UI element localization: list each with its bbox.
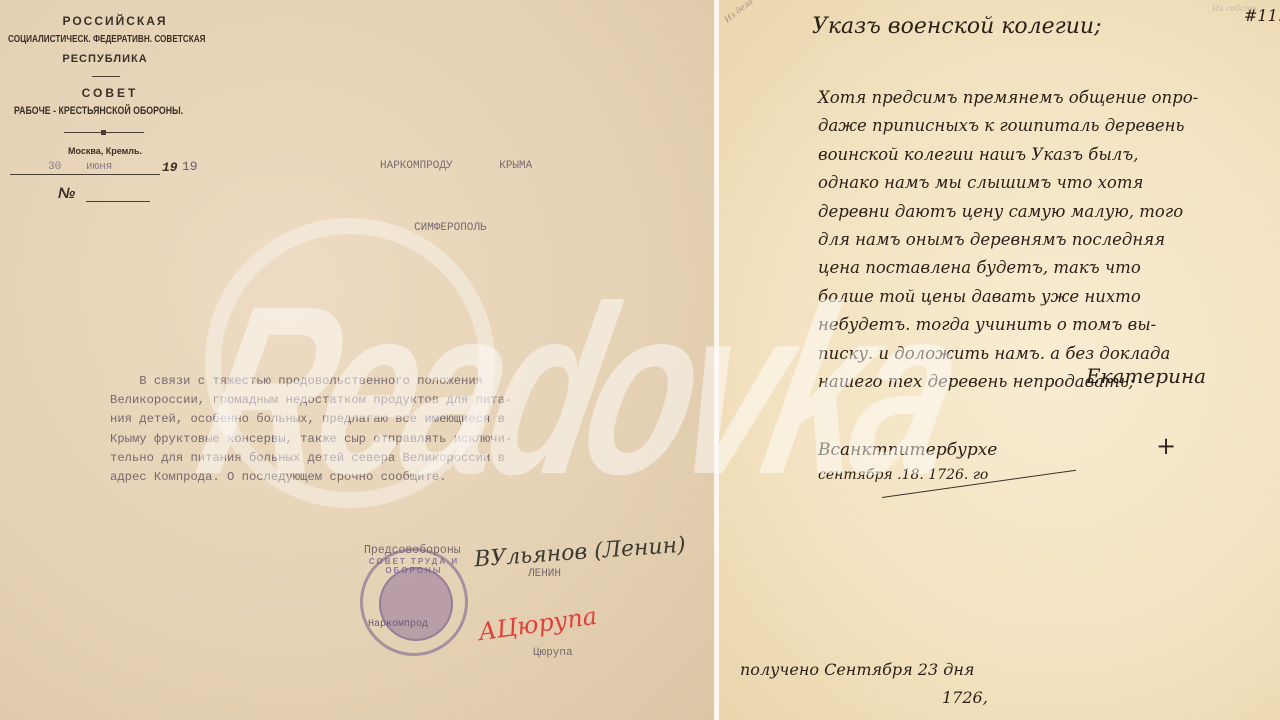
letterhead-line-5: РАБОЧЕ - КРЕСТЬЯНСКОЙ ОБОРОНЫ. xyxy=(14,105,182,117)
letterhead-line-2: СОЦИАЛИСТИЧЕСК. ФЕДЕРАТИВН. СОВЕТСКАЯ xyxy=(8,34,172,45)
letterhead-rule xyxy=(92,76,120,77)
number-underline xyxy=(86,201,150,202)
date-month: июня xyxy=(86,161,112,173)
cross-mark: + xyxy=(1156,432,1176,460)
official-stamp: СОВЕТ ТРУДА И ОБОРОНЫ xyxy=(360,548,468,656)
addressee-city: СИМФЕРОПОЛЬ xyxy=(414,222,487,234)
page-number: #11. xyxy=(1244,6,1280,25)
letterhead-ornament xyxy=(64,132,144,133)
date-day: 30 xyxy=(48,161,61,173)
decree-body: Хотя предсимъ премянемъ общение опро- да… xyxy=(818,84,1268,396)
addressee: НАРКОМПРОДУ КРЫМА xyxy=(380,160,532,172)
letterhead-line-4: СОВЕТ xyxy=(60,86,160,100)
decree-place: Всанктпитербурхе xyxy=(818,440,997,460)
date-underline xyxy=(10,174,160,175)
decree-date: сентября .18. 1726. го xyxy=(818,467,988,483)
signatory-name-tsurupa: Цюрупа xyxy=(533,647,573,659)
letterhead-location: Москва, Кремль. xyxy=(50,146,160,156)
received-note: получено Сентября 23 дня xyxy=(740,660,975,679)
date-year-suffix: 19 xyxy=(182,159,198,174)
letterhead-line-3: РЕСПУБЛИКА xyxy=(40,53,170,65)
number-label: № xyxy=(58,185,75,202)
signatory-name-lenin: ЛЕНИН xyxy=(528,568,561,580)
date-year-prefix: 19 xyxy=(162,160,178,175)
signature-ekaterina: Екатерина xyxy=(1086,364,1206,388)
decree-title: Указъ военской колегии; xyxy=(812,14,1102,39)
letterhead-line-1: РОССИЙСКАЯ xyxy=(40,14,190,28)
telegram-body: В связи с тяжестью продовольственного по… xyxy=(110,372,550,487)
signatory-title: Предсовобороны xyxy=(364,544,461,557)
document-date: 30 июня 19 19 xyxy=(10,160,210,180)
signatory-title-narkomprod: Наркомпрод xyxy=(368,619,428,630)
received-year: 1726, xyxy=(942,688,988,707)
